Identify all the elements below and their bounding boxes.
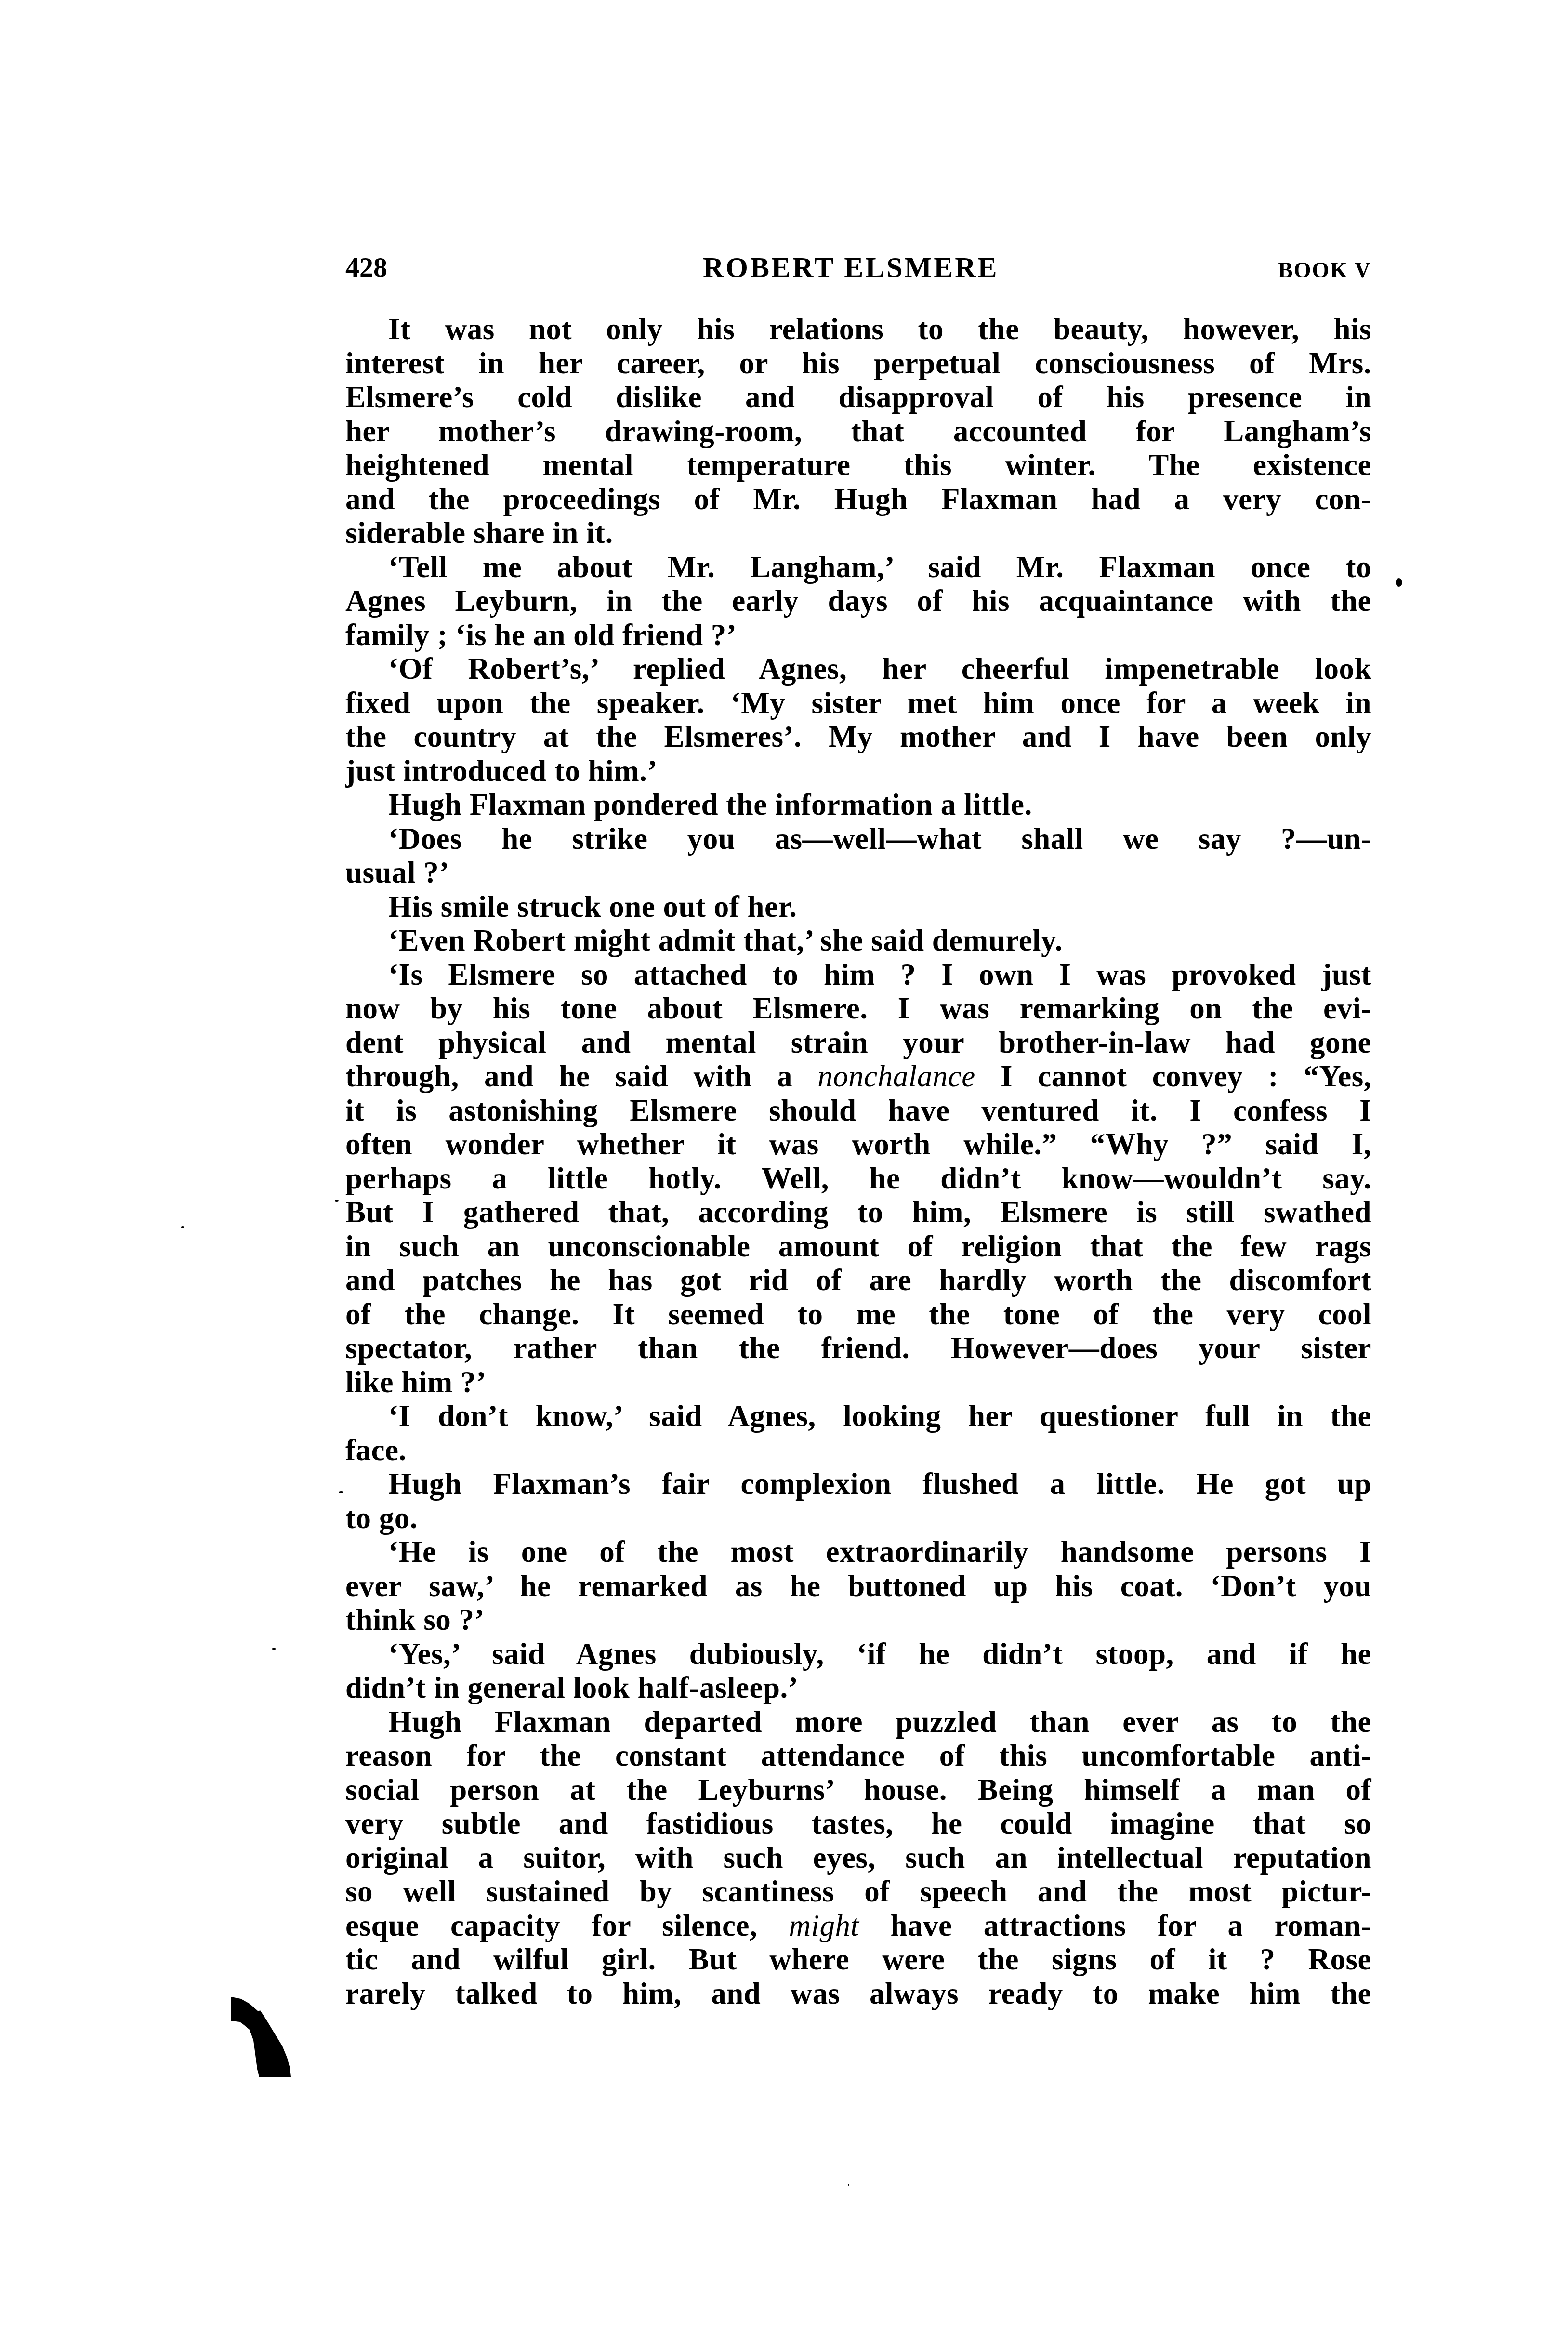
line-text: and the proceedings of Mr. Hugh Flaxman … — [345, 482, 1371, 516]
line-text: siderable share in it. — [345, 516, 613, 550]
text-line: ‘Is Elsmere so attached to him ? I own I… — [388, 958, 1371, 991]
text-line: didn’t in general look half-asleep.’ — [345, 1671, 1371, 1704]
text-line: face. — [345, 1433, 1371, 1467]
line-text: dent physical and mental strain your bro… — [345, 1026, 1371, 1059]
line-text: social person at the Leyburns’ house. Be… — [345, 1773, 1371, 1807]
text-line: ‘Does he strike you as—well—what shall w… — [388, 822, 1371, 856]
text-line: Hugh Flaxman departed more puzzled than … — [388, 1705, 1371, 1739]
text-line: ‘I don’t know,’ said Agnes, looking her … — [388, 1399, 1371, 1433]
line-text: the country at the Elsmeres’. My mother … — [345, 720, 1371, 753]
text-line: It was not only his relations to the bea… — [388, 312, 1371, 346]
text-line: interest in her career, or his perpetual… — [345, 346, 1371, 380]
scan-speck — [1396, 578, 1402, 587]
line-text: family ; ‘is he an old friend ?’ — [345, 618, 737, 652]
line-text: interest in her career, or his perpetual… — [345, 346, 1371, 380]
line-text: Agnes Leyburn, in the early days of his … — [345, 584, 1371, 618]
line-text: Hugh Flaxman pondered the information a … — [388, 788, 1032, 821]
text-line: Agnes Leyburn, in the early days of his … — [345, 584, 1371, 618]
book-title: ROBERT ELSMERE — [703, 251, 999, 284]
text-line: tic and wilful girl. But where were the … — [345, 1942, 1371, 1976]
line-text: ‘Of Robert’s,’ replied Agnes, her cheerf… — [388, 652, 1371, 686]
line-text: esque capacity for silence, — [345, 1909, 789, 1942]
line-text: perhaps a little hotly. Well, he didn’t … — [345, 1162, 1371, 1195]
text-line: fixed upon the speaker. ‘My sister met h… — [345, 686, 1371, 720]
line-text: heightened mental temperature this winte… — [345, 448, 1371, 482]
line-text: very subtle and fastidious tastes, he co… — [345, 1807, 1371, 1840]
text-line: to go. — [345, 1501, 1371, 1535]
line-text: often wonder whether it was worth while.… — [345, 1127, 1371, 1161]
text-line: Elsmere’s cold dislike and disapproval o… — [345, 380, 1371, 414]
line-text: in such an unconscionable amount of reli… — [345, 1229, 1371, 1263]
text-line: like him ?’ — [345, 1365, 1371, 1399]
text-line: But I gathered that, according to him, E… — [345, 1195, 1371, 1229]
text-line: reason for the constant attendance of th… — [345, 1739, 1371, 1772]
italic-text: nonchalance — [817, 1059, 975, 1093]
line-text: through, and he said with a — [345, 1059, 817, 1093]
text-line: just introduced to him.’ — [345, 754, 1371, 788]
line-text: But I gathered that, according to him, E… — [345, 1195, 1371, 1229]
text-line: through, and he said with a nonchalance … — [345, 1059, 1371, 1093]
line-text: It was not only his relations to the bea… — [388, 312, 1371, 346]
line-text: usual ?’ — [345, 856, 449, 889]
text-line: spectator, rather than the friend. Howev… — [345, 1331, 1371, 1365]
line-text: Hugh Flaxman departed more puzzled than … — [388, 1705, 1371, 1739]
text-line: original a suitor, with such eyes, such … — [345, 1841, 1371, 1875]
scan-speck — [181, 1226, 184, 1228]
text-line: ‘Of Robert’s,’ replied Agnes, her cheerf… — [388, 652, 1371, 686]
text-line: usual ?’ — [345, 856, 1371, 889]
book-section: BOOK V — [1278, 253, 1371, 287]
line-text: reason for the constant attendance of th… — [345, 1739, 1371, 1772]
line-text: ever saw,’ he remarked as he buttoned up… — [345, 1569, 1371, 1603]
line-text: of the change. It seemed to me the tone … — [345, 1297, 1371, 1331]
text-line: of the change. It seemed to me the tone … — [345, 1297, 1371, 1331]
text-line: now by his tone about Elsmere. I was rem… — [345, 991, 1371, 1025]
text-line: ‘Yes,’ said Agnes dubiously, ‘if he didn… — [388, 1637, 1371, 1671]
text-line: the country at the Elsmeres’. My mother … — [345, 720, 1371, 753]
line-text: ‘Does he strike you as—well—what shall w… — [388, 822, 1371, 856]
ink-blot-icon — [230, 1997, 312, 2079]
text-line: very subtle and fastidious tastes, he co… — [345, 1807, 1371, 1840]
line-text: like him ?’ — [345, 1365, 487, 1399]
text-line: siderable share in it. — [345, 516, 1371, 550]
scan-speck — [339, 1491, 343, 1493]
book-page: 428 ROBERT ELSMERE BOOK V It was not onl… — [0, 0, 1568, 2350]
line-text: tic and wilful girl. But where were the … — [345, 1942, 1371, 1976]
text-line: His smile struck one out of her. — [388, 890, 1371, 924]
text-line: so well sustained by scantiness of speec… — [345, 1875, 1371, 1908]
text-line: family ; ‘is he an old friend ?’ — [345, 618, 1371, 652]
text-line: perhaps a little hotly. Well, he didn’t … — [345, 1162, 1371, 1195]
text-line: and the proceedings of Mr. Hugh Flaxman … — [345, 482, 1371, 516]
line-text: spectator, rather than the friend. Howev… — [345, 1331, 1371, 1365]
line-text: so well sustained by scantiness of speec… — [345, 1875, 1371, 1908]
text-line: think so ?’ — [345, 1603, 1371, 1637]
line-text: I cannot convey : “Yes, — [975, 1059, 1371, 1093]
line-text: just introduced to him.’ — [345, 754, 658, 788]
text-line: heightened mental temperature this winte… — [345, 448, 1371, 482]
line-text: ‘He is one of the most extraordinarily h… — [388, 1535, 1371, 1569]
scan-speck — [335, 1200, 339, 1202]
line-text: Hugh Flaxman’s fair complexion flushed a… — [388, 1467, 1371, 1501]
line-text: ‘Yes,’ said Agnes dubiously, ‘if he didn… — [388, 1637, 1371, 1671]
text-line: ‘He is one of the most extraordinarily h… — [388, 1535, 1371, 1569]
line-text: original a suitor, with such eyes, such … — [345, 1841, 1371, 1875]
text-line: it is astonishing Elsmere should have ve… — [345, 1094, 1371, 1127]
text-line: in such an unconscionable amount of reli… — [345, 1229, 1371, 1263]
scan-speck — [272, 1648, 276, 1650]
text-line: esque capacity for silence, might have a… — [345, 1909, 1371, 1942]
line-text: ‘Even Robert might admit that,’ she said… — [388, 924, 1063, 957]
text-line: and patches he has got rid of are hardly… — [345, 1263, 1371, 1297]
line-text: and patches he has got rid of are hardly… — [345, 1263, 1371, 1297]
text-line: often wonder whether it was worth while.… — [345, 1127, 1371, 1161]
line-text: to go. — [345, 1501, 418, 1535]
text-line: dent physical and mental strain your bro… — [345, 1026, 1371, 1059]
line-text: His smile struck one out of her. — [388, 890, 797, 924]
line-text: face. — [345, 1433, 407, 1467]
line-text: think so ?’ — [345, 1603, 485, 1637]
line-text: ‘Is Elsmere so attached to him ? I own I… — [388, 958, 1371, 991]
line-text: ‘I don’t know,’ said Agnes, looking her … — [388, 1399, 1371, 1433]
running-head: 428 ROBERT ELSMERE BOOK V — [345, 251, 1371, 284]
text-line: ever saw,’ he remarked as he buttoned up… — [345, 1569, 1371, 1603]
italic-text: might — [789, 1909, 859, 1942]
text-line: ‘Even Robert might admit that,’ she said… — [388, 924, 1371, 957]
text-line: her mother’s drawing-room, that accounte… — [345, 414, 1371, 448]
text-line: ‘Tell me about Mr. Langham,’ said Mr. Fl… — [388, 550, 1371, 584]
line-text: ‘Tell me about Mr. Langham,’ said Mr. Fl… — [388, 550, 1371, 584]
scan-speck — [848, 2184, 849, 2186]
line-text: rarely talked to him, and was always rea… — [345, 1977, 1371, 2010]
text-line: social person at the Leyburns’ house. Be… — [345, 1773, 1371, 1807]
line-text: Elsmere’s cold dislike and disapproval o… — [345, 380, 1371, 414]
page-number: 428 — [345, 251, 387, 284]
text-line: rarely talked to him, and was always rea… — [345, 1977, 1371, 2010]
line-text: have attractions for a roman- — [859, 1909, 1371, 1942]
line-text: it is astonishing Elsmere should have ve… — [345, 1094, 1371, 1127]
line-text: now by his tone about Elsmere. I was rem… — [345, 991, 1371, 1025]
line-text: fixed upon the speaker. ‘My sister met h… — [345, 686, 1371, 720]
text-line: Hugh Flaxman’s fair complexion flushed a… — [388, 1467, 1371, 1501]
text-line: Hugh Flaxman pondered the information a … — [388, 788, 1371, 821]
line-text: her mother’s drawing-room, that accounte… — [345, 414, 1371, 448]
line-text: didn’t in general look half-asleep.’ — [345, 1671, 798, 1704]
